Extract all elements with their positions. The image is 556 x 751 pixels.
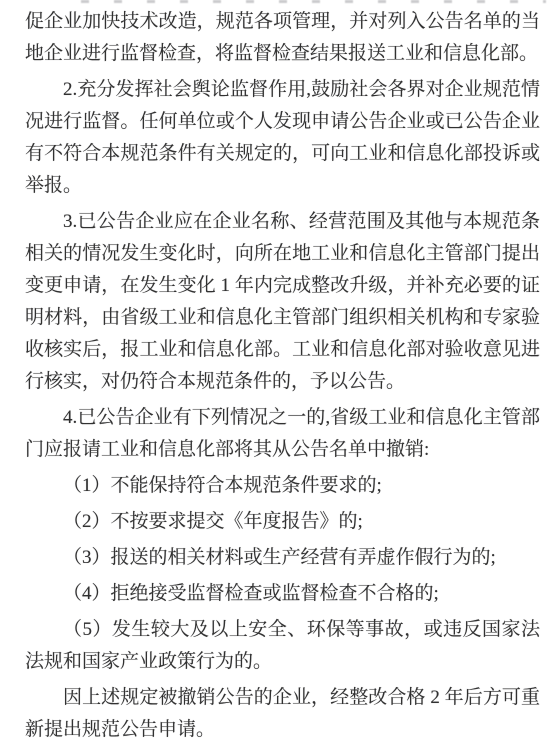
paragraph: 4.已公告企业有下列情况之一的,省级工业和信息化主管部门应报请工业和信息化部将其…	[25, 402, 540, 466]
text-line: 相关的情况发生变化时，向所在地工业和信息化主管部门提出	[25, 238, 540, 270]
text-line: 举报。	[25, 170, 540, 202]
text-line: 促企业加快技术改造，规范各项管理，并对列入公告名单的当	[25, 6, 540, 38]
text-line: 地企业进行监督检查，将监督检查结果报送工业和信息化部。	[25, 38, 540, 70]
text-line: 明材料，由省级工业和信息化主管部门组织相关机构和专家验	[25, 302, 540, 334]
text-line: 4.已公告企业有下列情况之一的,省级工业和信息化主管部	[25, 402, 540, 434]
text-line: 新提出规范公告申请。	[25, 714, 540, 746]
paragraph: （3）报送的相关材料或生产经营有弄虚作假行为的;	[25, 542, 540, 574]
text-line: 况进行监督。任何单位或个人发现申请公告企业或已公告企业	[25, 106, 540, 138]
text-line: （3）报送的相关材料或生产经营有弄虚作假行为的;	[25, 542, 540, 574]
text-line: 门应报请工业和信息化部将其从公告名单中撤销:	[25, 434, 540, 466]
text-line: 2.充分发挥社会舆论监督作用,鼓励社会各界对企业规范情	[25, 74, 540, 106]
paragraph: 促企业加快技术改造，规范各项管理，并对列入公告名单的当地企业进行监督检查，将监督…	[25, 6, 540, 70]
text-line: （1）不能保持符合本规范条件要求的;	[25, 470, 540, 502]
text-line: （4）拒绝接受监督检查或监督检查不合格的;	[25, 578, 540, 610]
text-line: 变更申请，在发生变化 1 年内完成整改升级，并补充必要的证	[25, 270, 540, 302]
document-page: 促企业加快技术改造，规范各项管理，并对列入公告名单的当地企业进行监督检查，将监督…	[0, 0, 556, 751]
paragraph: （1）不能保持符合本规范条件要求的;	[25, 470, 540, 502]
paragraph: 2.充分发挥社会舆论监督作用,鼓励社会各界对企业规范情况进行监督。任何单位或个人…	[25, 74, 540, 202]
text-line: 行核实，对仍符合本规范条件的，予以公告。	[25, 366, 540, 398]
paragraph: 因上述规定被撤销公告的企业，经整改合格 2 年后方可重新提出规范公告申请。	[25, 682, 540, 746]
text-line: 法规和国家产业政策行为的。	[25, 646, 540, 678]
text-line: 有不符合本规范条件有关规定的，可向工业和信息化部投诉或	[25, 138, 540, 170]
text-line: 因上述规定被撤销公告的企业，经整改合格 2 年后方可重	[25, 682, 540, 714]
document-body: 促企业加快技术改造，规范各项管理，并对列入公告名单的当地企业进行监督检查，将监督…	[0, 0, 556, 746]
paragraph: 3.已公告企业应在企业名称、经营范围及其他与本规范条件相关的情况发生变化时，向所…	[25, 206, 540, 398]
paragraph: （4）拒绝接受监督检查或监督检查不合格的;	[25, 578, 540, 610]
paragraph: （5）发生较大及以上安全、环保等事故，或违反国家法律、法规和国家产业政策行为的。	[25, 614, 540, 678]
paragraph: （2）不按要求提交《年度报告》的;	[25, 506, 540, 538]
text-line: 3.已公告企业应在企业名称、经营范围及其他与本规范条件	[25, 206, 540, 238]
text-line: （5）发生较大及以上安全、环保等事故，或违反国家法律、	[25, 614, 540, 646]
text-line: （2）不按要求提交《年度报告》的;	[25, 506, 540, 538]
text-line: 收核实后，报工业和信息化部。工业和信息化部对验收意见进	[25, 334, 540, 366]
